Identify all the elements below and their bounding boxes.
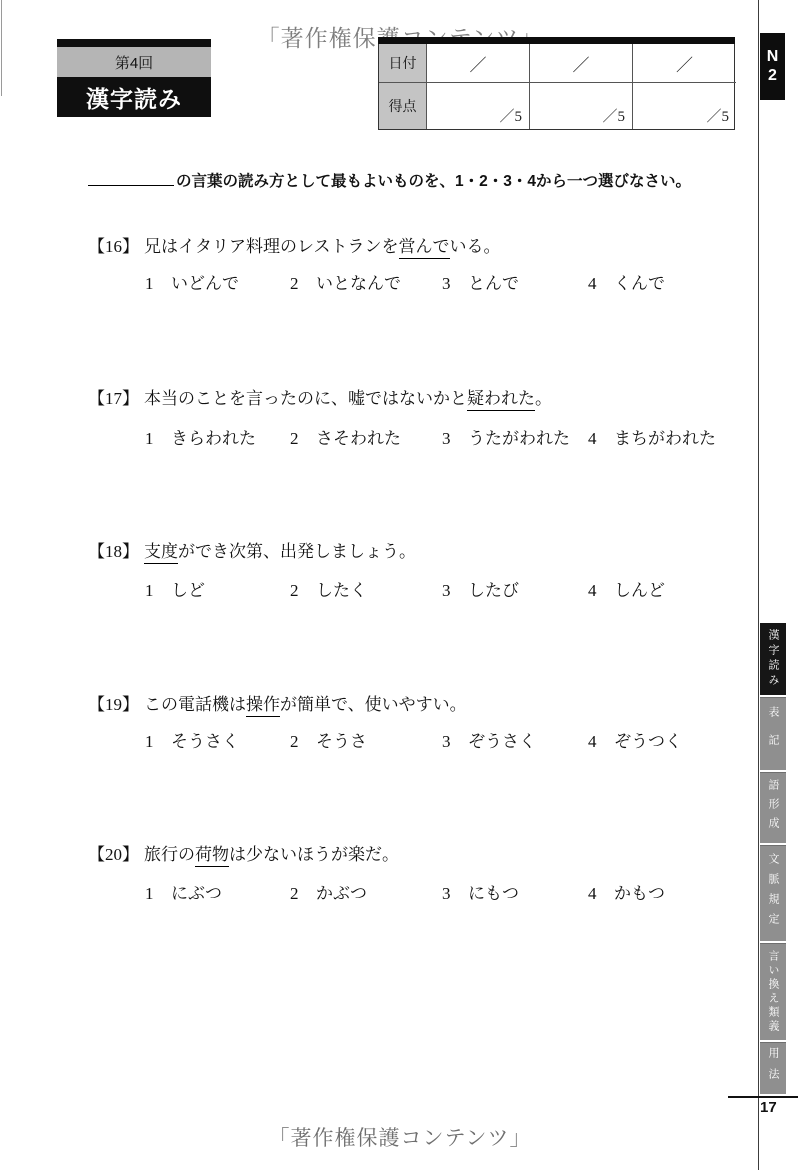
option-number: 2 xyxy=(290,884,316,904)
option: 2かぶつ xyxy=(290,879,367,904)
stem-text: は少ないほうが楽だ。 xyxy=(229,845,399,864)
question-16-options: 1いどんで 2いとなんで 3とんで 4くんで xyxy=(0,269,800,291)
option-number: 4 xyxy=(588,884,614,904)
score-cell: ／5 xyxy=(427,83,530,129)
option-number: 1 xyxy=(145,581,171,601)
date-cell: ／ xyxy=(530,44,633,83)
stem-text: 兄はイタリア料理のレストランを xyxy=(144,237,399,256)
option-label: にぶつ xyxy=(171,884,222,903)
sidebar-tab-iikae-ruigi: 言い換え類義 xyxy=(760,943,786,1040)
question-number: 【16】 xyxy=(88,232,134,257)
option-number: 1 xyxy=(145,274,171,294)
sidebar-tab-kanji-yomi: 漢字読み xyxy=(760,623,786,695)
stem-text: いる。 xyxy=(450,237,501,256)
scanned-test-page: { "page": { "copyright_top": "「著作権保護コンテン… xyxy=(0,0,800,1176)
sidebar-tab-gokeisei: 語形成 xyxy=(760,772,786,843)
option: 2いとなんで xyxy=(290,269,401,294)
option-label: きらわれた xyxy=(171,429,256,448)
level-tab-n2: N 2 xyxy=(760,33,785,100)
instruction-line: の言葉の読み方として最もよいものを、1・2・3・4から一つ選びなさい。 xyxy=(88,169,691,191)
question-17-stem: 【17】本当のことを言ったのに、嘘ではないかと疑われた。 xyxy=(88,384,552,409)
section-title: 漢字読み xyxy=(57,77,211,117)
date-row-label: 日付 xyxy=(379,44,427,83)
question-16-stem: 【16】兄はイタリア料理のレストランを営んでいる。 xyxy=(88,232,501,257)
option-label: かぶつ xyxy=(316,884,367,903)
option-number: 1 xyxy=(145,429,171,449)
lesson-title-box: 第4回 漢字読み xyxy=(57,39,211,117)
underlined-term: 支度 xyxy=(144,542,178,564)
underlined-term: 操作 xyxy=(246,695,280,717)
option-label: さそわれた xyxy=(316,429,401,448)
instruction-blank-underline xyxy=(88,171,174,186)
option-number: 4 xyxy=(588,429,614,449)
option-number: 2 xyxy=(290,274,316,294)
option-label: しんど xyxy=(614,581,665,600)
option-label: いとなんで xyxy=(316,274,401,293)
option-label: いどんで xyxy=(171,274,239,293)
option: 1にぶつ xyxy=(145,879,222,904)
option-number: 2 xyxy=(290,732,316,752)
option: 3ぞうさく xyxy=(442,727,536,752)
question-number: 【19】 xyxy=(88,690,134,715)
title-box-top-strip xyxy=(57,39,211,47)
sidebar-tab-bunmyaku-kitei: 文脈規定 xyxy=(760,845,786,941)
option-number: 1 xyxy=(145,884,171,904)
question-18-stem: 【18】支度ができ次第、出発しましょう。 xyxy=(88,537,416,562)
stem-text: 旅行の xyxy=(144,845,195,864)
option-number: 3 xyxy=(442,732,468,752)
page-number: 17 xyxy=(760,1099,796,1116)
question-18-options: 1しど 2したく 3したび 4しんど xyxy=(0,576,800,598)
score-row-label: 得点 xyxy=(379,83,427,129)
option: 1きらわれた xyxy=(145,424,256,449)
option: 2そうさ xyxy=(290,727,367,752)
option-number: 3 xyxy=(442,429,468,449)
question-19-options: 1そうさく 2そうさ 3ぞうさく 4ぞうつく xyxy=(0,727,800,749)
option: 4くんで xyxy=(588,269,665,294)
instruction-text: の言葉の読み方として最もよいものを、1・2・3・4から一つ選びなさい。 xyxy=(176,173,691,190)
question-20-options: 1にぶつ 2かぶつ 3にもつ 4かもつ xyxy=(0,879,800,901)
question-number: 【17】 xyxy=(88,384,134,409)
option-label: とんで xyxy=(468,274,519,293)
option-number: 2 xyxy=(290,581,316,601)
footer-rule xyxy=(728,1096,798,1098)
level-tab-digit: 2 xyxy=(768,68,777,84)
option-label: くんで xyxy=(614,274,665,293)
option: 4まちがわれた xyxy=(588,424,716,449)
option: 3にもつ xyxy=(442,879,519,904)
underlined-term: 荷物 xyxy=(195,845,229,867)
option-number: 2 xyxy=(290,429,316,449)
score-cell: ／5 xyxy=(633,83,736,129)
score-table-top-bar xyxy=(378,37,735,44)
option-label: そうさく xyxy=(171,732,239,751)
question-19-stem: 【19】この電話機は操作が簡単で、使いやすい。 xyxy=(88,690,467,715)
level-tab-letter: N xyxy=(767,49,779,65)
option: 2さそわれた xyxy=(290,424,401,449)
option: 1そうさく xyxy=(145,727,239,752)
option: 3したび xyxy=(442,576,519,601)
stem-text: 。 xyxy=(535,389,552,408)
sidebar-tab-hyoki: 表記 xyxy=(760,697,786,770)
option: 1しど xyxy=(145,576,205,601)
option-label: したく xyxy=(316,581,367,600)
option: 2したく xyxy=(290,576,367,601)
option-label: にもつ xyxy=(468,884,519,903)
date-cell: ／ xyxy=(633,44,736,83)
option: 4しんど xyxy=(588,576,665,601)
option: 3うたがわれた xyxy=(442,424,570,449)
option-label: まちがわれた xyxy=(614,429,716,448)
option-number: 3 xyxy=(442,884,468,904)
stem-text: ができ次第、出発しましょう。 xyxy=(178,542,416,561)
option: 1いどんで xyxy=(145,269,239,294)
option-label: しど xyxy=(171,581,205,600)
stem-text: が簡単で、使いやすい。 xyxy=(280,695,467,714)
option-number: 4 xyxy=(588,581,614,601)
underlined-term: 疑われた xyxy=(467,389,535,411)
option-label: ぞうさく xyxy=(468,732,536,751)
option-label: ぞうつく xyxy=(614,732,682,751)
option: 4ぞうつく xyxy=(588,727,682,752)
stem-text: この電話機は xyxy=(144,695,246,714)
option-number: 4 xyxy=(588,732,614,752)
option-number: 1 xyxy=(145,732,171,752)
option-number: 4 xyxy=(588,274,614,294)
copyright-watermark-bottom: 「著作権保護コンテンツ」 xyxy=(0,1122,800,1152)
underlined-term: 営んで xyxy=(399,237,450,259)
lesson-round-label: 第4回 xyxy=(57,47,211,77)
option-label: そうさ xyxy=(316,732,367,751)
score-table: 日付 ／ ／ ／ 得点 ／5 ／5 ／5 xyxy=(378,37,735,130)
option: 4かもつ xyxy=(588,879,665,904)
score-cell: ／5 xyxy=(530,83,633,129)
question-number: 【18】 xyxy=(88,537,134,562)
sidebar-tab-yoho: 用法 xyxy=(760,1042,786,1094)
question-number: 【20】 xyxy=(88,840,134,865)
option-label: したび xyxy=(468,581,519,600)
option-label: かもつ xyxy=(614,884,665,903)
question-20-stem: 【20】旅行の荷物は少ないほうが楽だ。 xyxy=(88,840,399,865)
option: 3とんで xyxy=(442,269,519,294)
question-17-options: 1きらわれた 2さそわれた 3うたがわれた 4まちがわれた xyxy=(0,424,800,446)
stem-text: 本当のことを言ったのに、嘘ではないかと xyxy=(144,389,467,408)
option-label: うたがわれた xyxy=(468,429,570,448)
date-cell: ／ xyxy=(427,44,530,83)
option-number: 3 xyxy=(442,581,468,601)
option-number: 3 xyxy=(442,274,468,294)
